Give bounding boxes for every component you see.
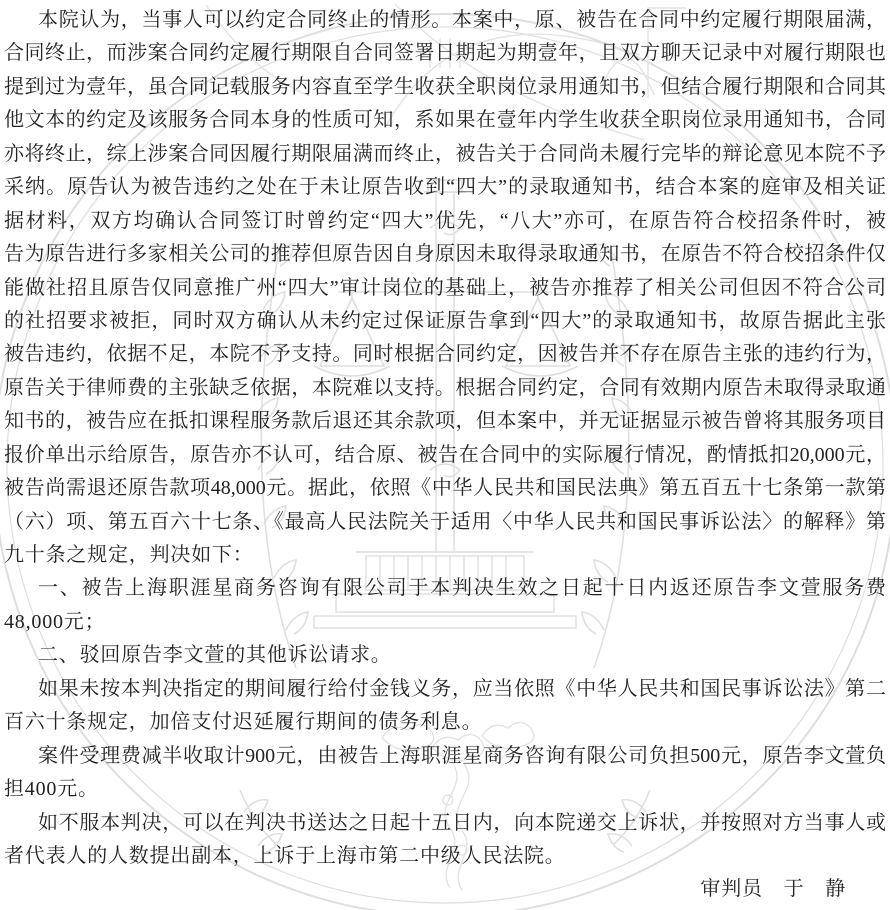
judgment-line-22: 百六十条规定，加倍支付迟延履行期间的债务利息。 <box>4 706 886 739</box>
judgment-line-1: 本院认为，当事人可以约定合同终止的情形。本案中，原、被告在合同中约定履行期限届满… <box>4 4 886 37</box>
judgment-line-16: （六）项、第五百六十七条、《最高人民法院关于适用〈中华人民共和国民事诉讼法〉的解… <box>4 506 886 539</box>
judgment-line-3: 提到过为壹年，虽合同记载服务内容直至学生收获全职岗位录用通知书，但结合履行期限和… <box>4 71 886 104</box>
judgment-line-15: 被告尚需退还原告款项48,000元。据此，依照《中华人民共和国民法典》第五百五十… <box>4 472 886 505</box>
judgment-line-2: 合同终止，而涉案合同约定履行期限自合同签署日期起为期壹年，且双方聊天记录中对履行… <box>4 37 886 70</box>
judgment-document-page: 本院认为，当事人可以约定合同终止的情形。本案中，原、被告在合同中约定履行期限届满… <box>0 0 890 910</box>
judgment-line-7: 据材料，双方均确认合同签订时曾约定“四大”优先，“八大”亦可，在原告符合校招条件… <box>4 205 886 238</box>
judgment-text: 本院认为，当事人可以约定合同终止的情形。本案中，原、被告在合同中约定履行期限届满… <box>0 0 890 907</box>
judgment-line-19: 48,000元； <box>4 606 886 639</box>
judge-signature-line: 审判员 于 静 <box>4 873 886 906</box>
judgment-line-9: 能做社招且原告仅同意推广州“四大”审计岗位的基础上，被告亦推荐了相关公司但因不符… <box>4 272 886 305</box>
judgment-line-25: 如不服本判决，可以在判决书送达之日起十五日内，向本院递交上诉状，并按照对方当事人… <box>4 807 886 840</box>
judgment-line-6: 采纳。原告认为被告违约之处在于未让原告收到“四大”的录取通知书，结合本案的庭审及… <box>4 171 886 204</box>
judgment-line-4: 他文本的约定及该服务合同本身的性质可知，系如果在壹年内学生收获全职岗位录用通知书… <box>4 104 886 137</box>
judgment-line-10: 的社招要求被拒，同时双方确认从未约定过保证原告拿到“四大”的录取通知书，故原告据… <box>4 305 886 338</box>
judgment-line-21: 如果未按本判决指定的期间履行给付金钱义务，应当依照《中华人民共和国民事诉讼法》第… <box>4 673 886 706</box>
judgment-line-14: 报价单出示给原告，原告亦不认可，结合原、被告在合同中的实际履行情况，酌情抵扣20… <box>4 439 886 472</box>
judgment-line-5: 亦将终止，综上涉案合同因履行期限届满而终止，被告关于合同尚未履行完毕的辩论意见本… <box>4 138 886 171</box>
judgment-line-24: 担400元。 <box>4 773 886 806</box>
judgment-line-18: 一、被告上海职涯星商务咨询有限公司于本判决生效之日起十日内返还原告李文萱服务费 <box>4 572 886 605</box>
judgment-line-20: 二、驳回原告李文萱的其他诉讼请求。 <box>4 639 886 672</box>
judgment-line-26: 者代表人的人数提出副本，上诉于上海市第二中级人民法院。 <box>4 840 886 873</box>
judgment-line-11: 被告违约，依据不足，本院不予支持。同时根据合同约定，因被告并不存在原告主张的违约… <box>4 338 886 371</box>
judgment-line-17: 九十条之规定，判决如下： <box>4 539 886 572</box>
judgment-line-12: 原告关于律师费的主张缺乏依据，本院难以支持。根据合同约定，合同有效期内原告未取得… <box>4 372 886 405</box>
judgment-line-8: 告为原告进行多家相关公司的推荐但原告因自身原因未取得录取通知书，在原告不符合校招… <box>4 238 886 271</box>
judgment-line-13: 知书的，被告应在抵扣课程服务款后退还其余款项，但本案中，并无证据显示被告曾将其服… <box>4 405 886 438</box>
judgment-line-23: 案件受理费减半收取计900元，由被告上海职涯星商务咨询有限公司负担500元，原告… <box>4 740 886 773</box>
